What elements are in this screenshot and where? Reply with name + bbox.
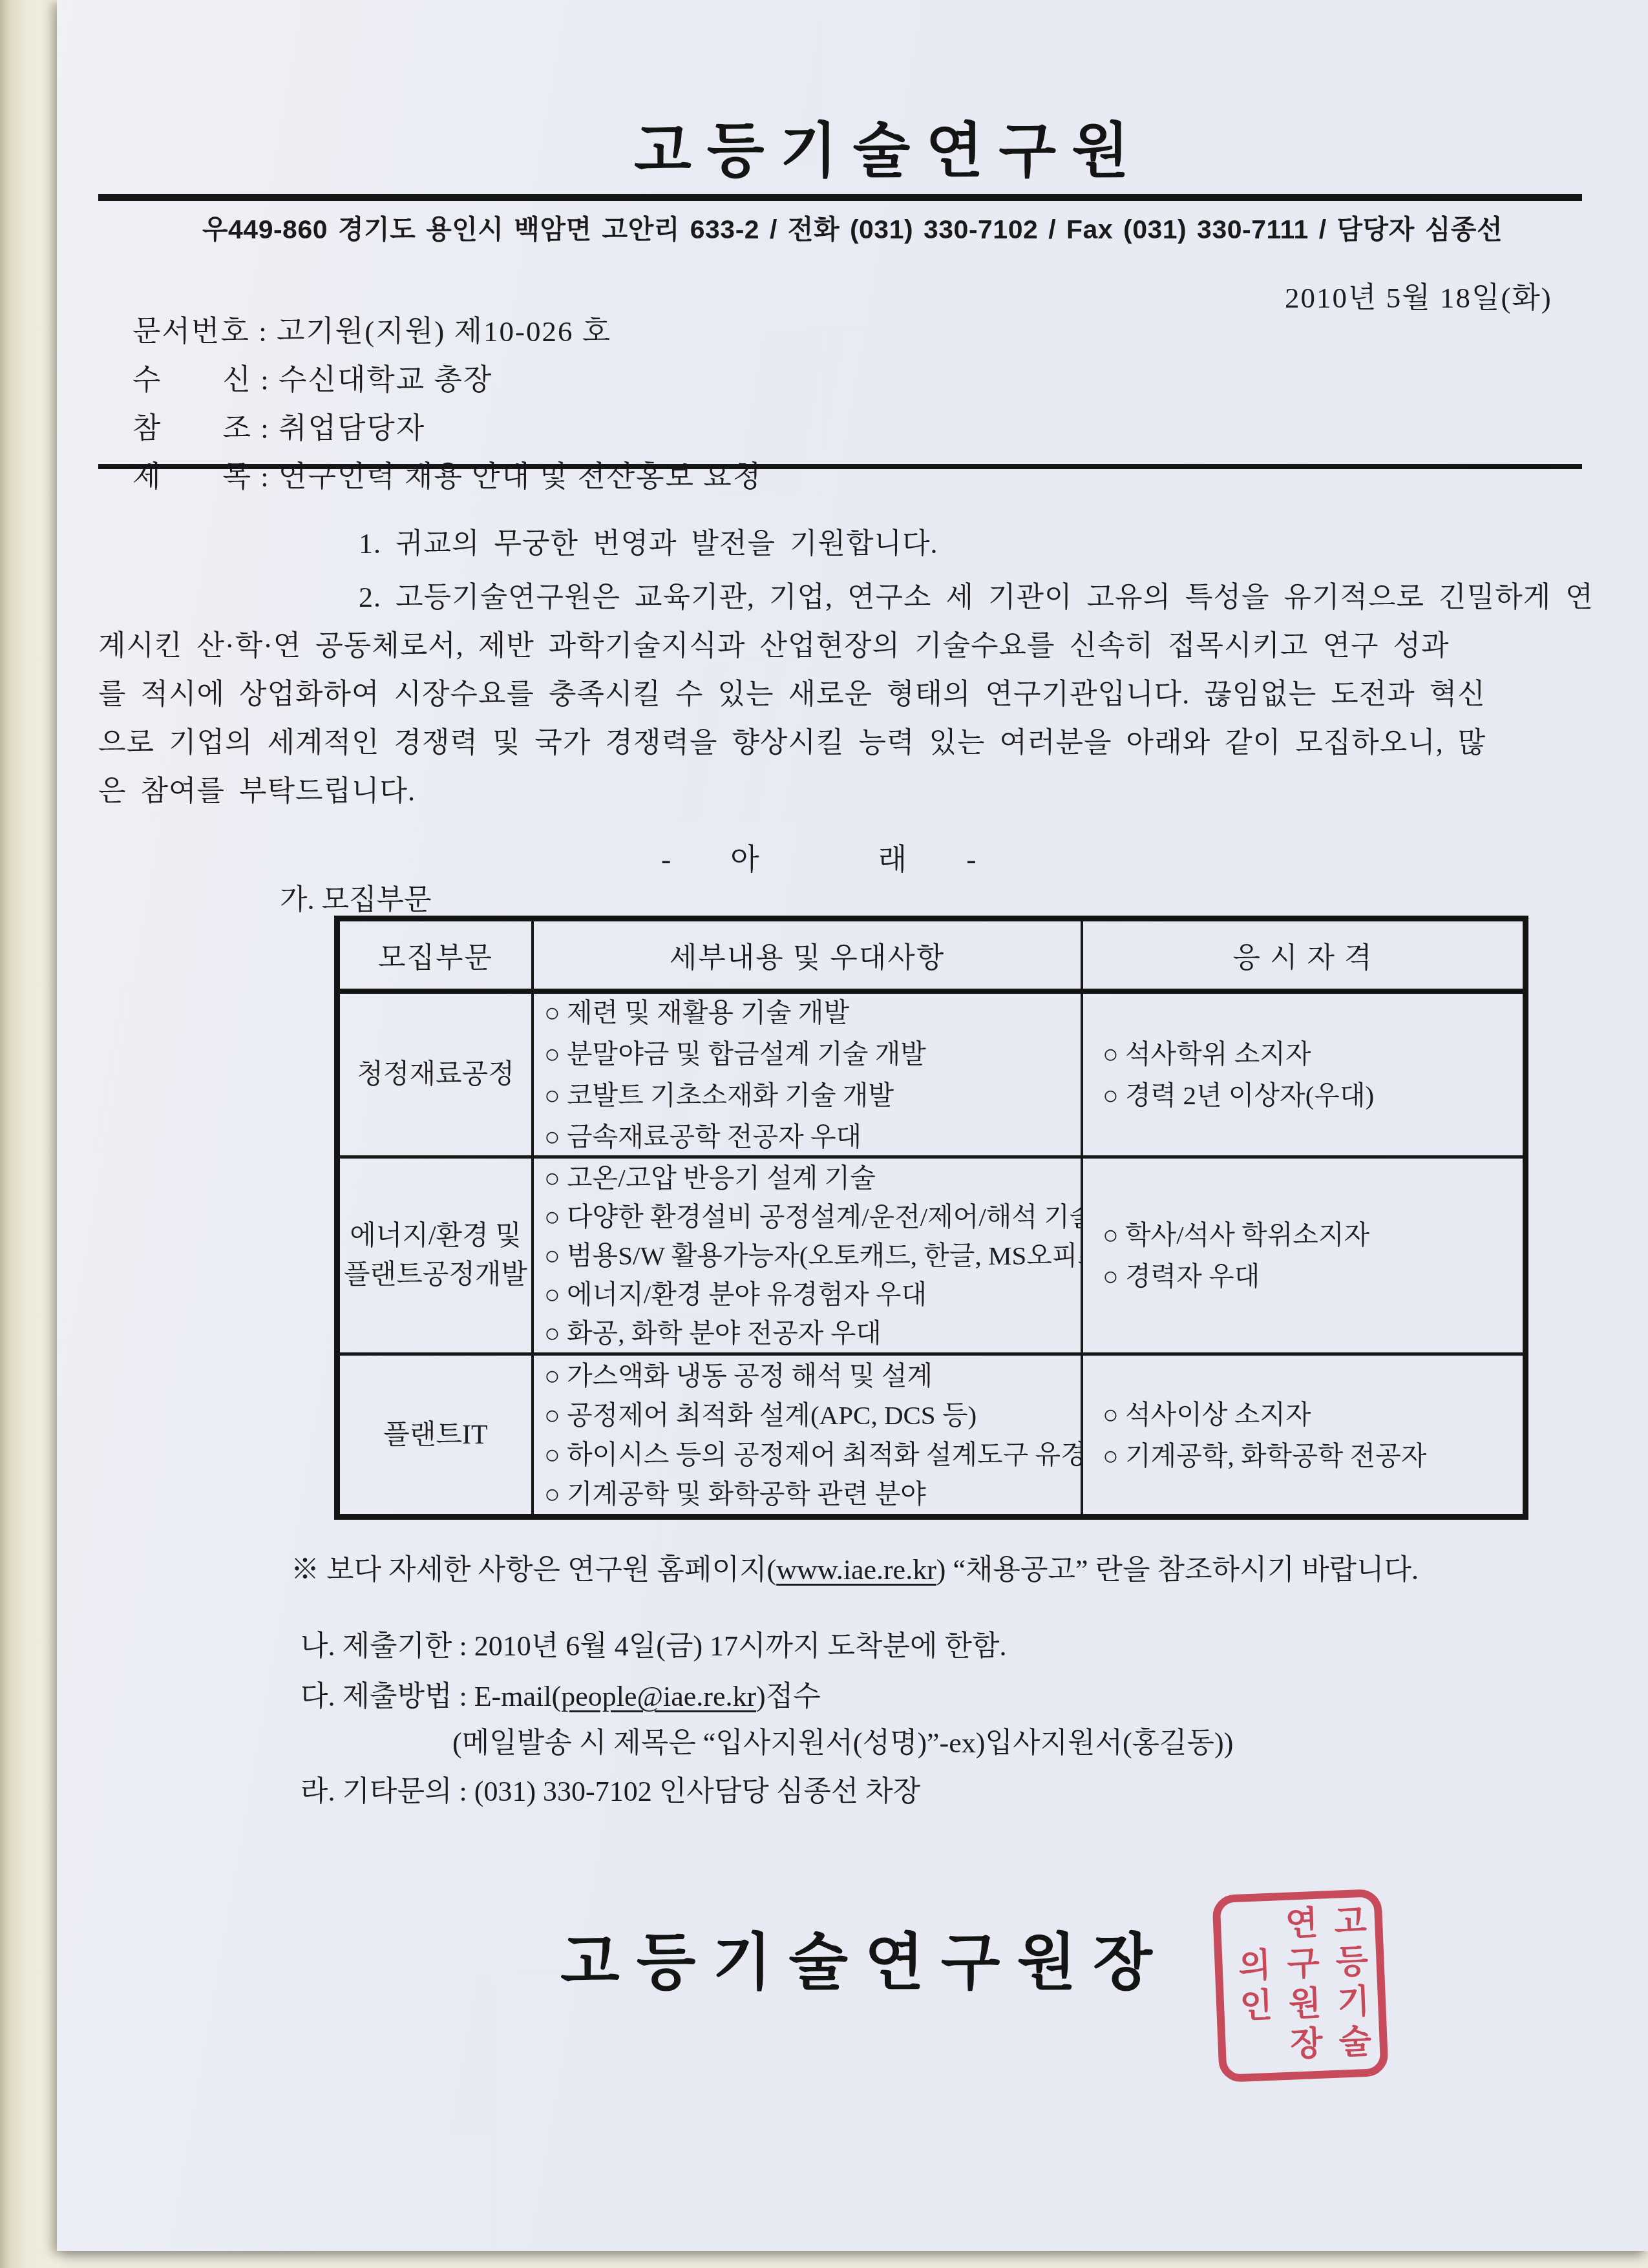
detail-item: ○ 분말야금 및 합금설계 기술 개발 bbox=[544, 1033, 1081, 1075]
qualification-item: ○ 경력 2년 이상자(우대) bbox=[1103, 1075, 1523, 1116]
homepage-url: www.iae.re.kr bbox=[776, 1554, 936, 1586]
subject-row: 제 목 : 연구인력 채용 안내 및 전산홍보 요청 bbox=[98, 419, 762, 529]
table-row-details: ○ 고온/고압 반응기 설계 기술 ○ 다양한 환경설비 공정설계/운전/제어/… bbox=[534, 1159, 1083, 1356]
detail-item: ○ 에너지/환경 분야 유경험자 우대 bbox=[544, 1275, 1081, 1314]
body-paragraph-line: 계시킨 산·학·연 공동체로서, 제반 과학기술지식과 산업현장의 기술수요를 … bbox=[98, 622, 1449, 664]
homepage-note: ※ 보다 자세한 사항은 연구원 홈페이지(www.iae.re.kr) “채용… bbox=[291, 1546, 1419, 1588]
table-header-details: 세부내용 및 우대사항 bbox=[534, 921, 1083, 994]
header-body-divider bbox=[98, 464, 1582, 469]
signature-title: 고등기술연구원장 bbox=[69, 1914, 1648, 2002]
detail-item: ○ 기계공학 및 화학공학 관련 분야 bbox=[544, 1475, 1081, 1514]
homepage-note-post: ) “채용공고” 란을 참조하시기 바랍니다. bbox=[936, 1554, 1419, 1586]
detail-item: ○ 고온/고압 반응기 설계 기술 bbox=[544, 1159, 1081, 1197]
table-row-category: 플랜트IT bbox=[340, 1356, 534, 1514]
document-page: 고등기술연구원 우449-860 경기도 용인시 백암면 고안리 633-2 /… bbox=[57, 0, 1648, 2251]
detail-item: ○ 범용S/W 활용가능자(오토캐드, 한글, MS오피스 등) bbox=[544, 1236, 1081, 1275]
submission-method-line: 다. 제출방법 : E-mail(people@iae.re.kr)접수 bbox=[301, 1673, 821, 1714]
qualification-item: ○ 기계공학, 화학공학 전공자 bbox=[1103, 1435, 1523, 1476]
document-date: 2010년 5월 18일(화) bbox=[1285, 274, 1552, 316]
detail-item: ○ 공정제어 최적화 설계(APC, DCS 등) bbox=[544, 1396, 1081, 1435]
letterhead-contact-line: 우449-860 경기도 용인시 백암면 고안리 633-2 / 전화 (031… bbox=[57, 208, 1648, 246]
seal-column-1: 고등기술 bbox=[1322, 1902, 1377, 2066]
homepage-note-pre: ※ 보다 자세한 사항은 연구원 홈페이지( bbox=[291, 1554, 776, 1586]
below-heading: - 아 래 - bbox=[661, 835, 977, 878]
seal-column-2: 연구원장 bbox=[1273, 1904, 1327, 2068]
detail-item: ○ 다양한 환경설비 공정설계/운전/제어/해석 기술 bbox=[544, 1197, 1081, 1236]
recruitment-table: 모집부문 세부내용 및 우대사항 응 시 자 격 청정재료공정 ○ 제련 및 재… bbox=[334, 916, 1528, 1520]
table-row-qualifications: ○ 석사학위 소지자 ○ 경력 2년 이상자(우대) bbox=[1083, 994, 1523, 1159]
table-row-details: ○ 가스액화 냉동 공정 해석 및 설계 ○ 공정제어 최적화 설계(APC, … bbox=[534, 1356, 1083, 1514]
table-header-qualifications: 응 시 자 격 bbox=[1083, 921, 1523, 994]
table-row-category: 에너지/환경 및 플랜트공정개발 bbox=[340, 1159, 534, 1356]
detail-item: ○ 화공, 화학 분야 전공자 우대 bbox=[544, 1314, 1081, 1352]
scanner-background-edge bbox=[0, 0, 61, 2268]
inquiry-line: 라. 기타문의 : (031) 330-7102 인사담당 심종선 차장 bbox=[301, 1768, 920, 1809]
submission-email: people@iae.re.kr bbox=[561, 1681, 756, 1712]
submission-method-pre: 다. 제출방법 : E-mail( bbox=[301, 1681, 561, 1712]
qualification-item: ○ 학사/석사 학위소지자 bbox=[1103, 1214, 1523, 1255]
qualification-item: ○ 석사이상 소지자 bbox=[1103, 1394, 1523, 1435]
detail-item: ○ 가스액화 냉동 공정 해석 및 설계 bbox=[544, 1356, 1081, 1396]
table-row-category: 청정재료공정 bbox=[340, 994, 534, 1159]
table-row-qualifications: ○ 석사이상 소지자 ○ 기계공학, 화학공학 전공자 bbox=[1083, 1356, 1523, 1514]
body-paragraph-line: 은 참여를 부탁드립니다. bbox=[98, 768, 416, 809]
submission-method-post: )접수 bbox=[756, 1681, 821, 1712]
body-paragraph-line: 으로 기업의 세계적인 경쟁력 및 국가 경쟁력을 향상시킬 능력 있는 여러분… bbox=[98, 719, 1486, 761]
body-greeting-line: 1. 귀교의 무궁한 번영과 발전을 기원합니다. bbox=[359, 520, 938, 562]
detail-item: ○ 금속재료공학 전공자 우대 bbox=[544, 1116, 1081, 1157]
table-row-details: ○ 제련 및 재활용 기술 개발 ○ 분말야금 및 합금설계 기술 개발 ○ 코… bbox=[534, 994, 1083, 1159]
table-row-qualifications: ○ 학사/석사 학위소지자 ○ 경력자 우대 bbox=[1083, 1159, 1523, 1356]
letterhead-divider bbox=[98, 194, 1582, 201]
detail-item: ○ 제련 및 재활용 기술 개발 bbox=[544, 994, 1081, 1033]
section-a-heading: 가. 모집부문 bbox=[280, 876, 432, 918]
detail-item: ○ 코발트 기초소재화 기술 개발 bbox=[544, 1075, 1081, 1116]
deadline-line: 나. 제출기한 : 2010년 6월 4일(금) 17시까지 도착분에 한함. bbox=[301, 1622, 1007, 1664]
letterhead-org-name: 고등기술연구원 bbox=[94, 103, 1648, 189]
official-seal-stamp: 고등기술 연구원장 의인 bbox=[1212, 1889, 1388, 2083]
table-header-category: 모집부문 bbox=[340, 921, 534, 994]
mail-title-note: (메일발송 시 제목은 “입사지원서(성명)”-ex)입사지원서(홍길동)) bbox=[452, 1719, 1233, 1761]
detail-item: ○ 하이시스 등의 공정제어 최적화 설계도구 유경험자 bbox=[544, 1435, 1081, 1475]
seal-column-3: 의인 bbox=[1224, 1906, 1279, 2070]
qualification-item: ○ 경력자 우대 bbox=[1103, 1255, 1523, 1297]
qualification-item: ○ 석사학위 소지자 bbox=[1103, 1033, 1523, 1075]
body-paragraph-line: 를 적시에 상업화하여 시장수요를 충족시킬 수 있는 새로운 형태의 연구기관… bbox=[98, 671, 1486, 712]
body-paragraph-line: 2. 고등기술연구원은 교육기관, 기업, 연구소 세 기관이 고유의 특성을 … bbox=[359, 574, 1594, 615]
